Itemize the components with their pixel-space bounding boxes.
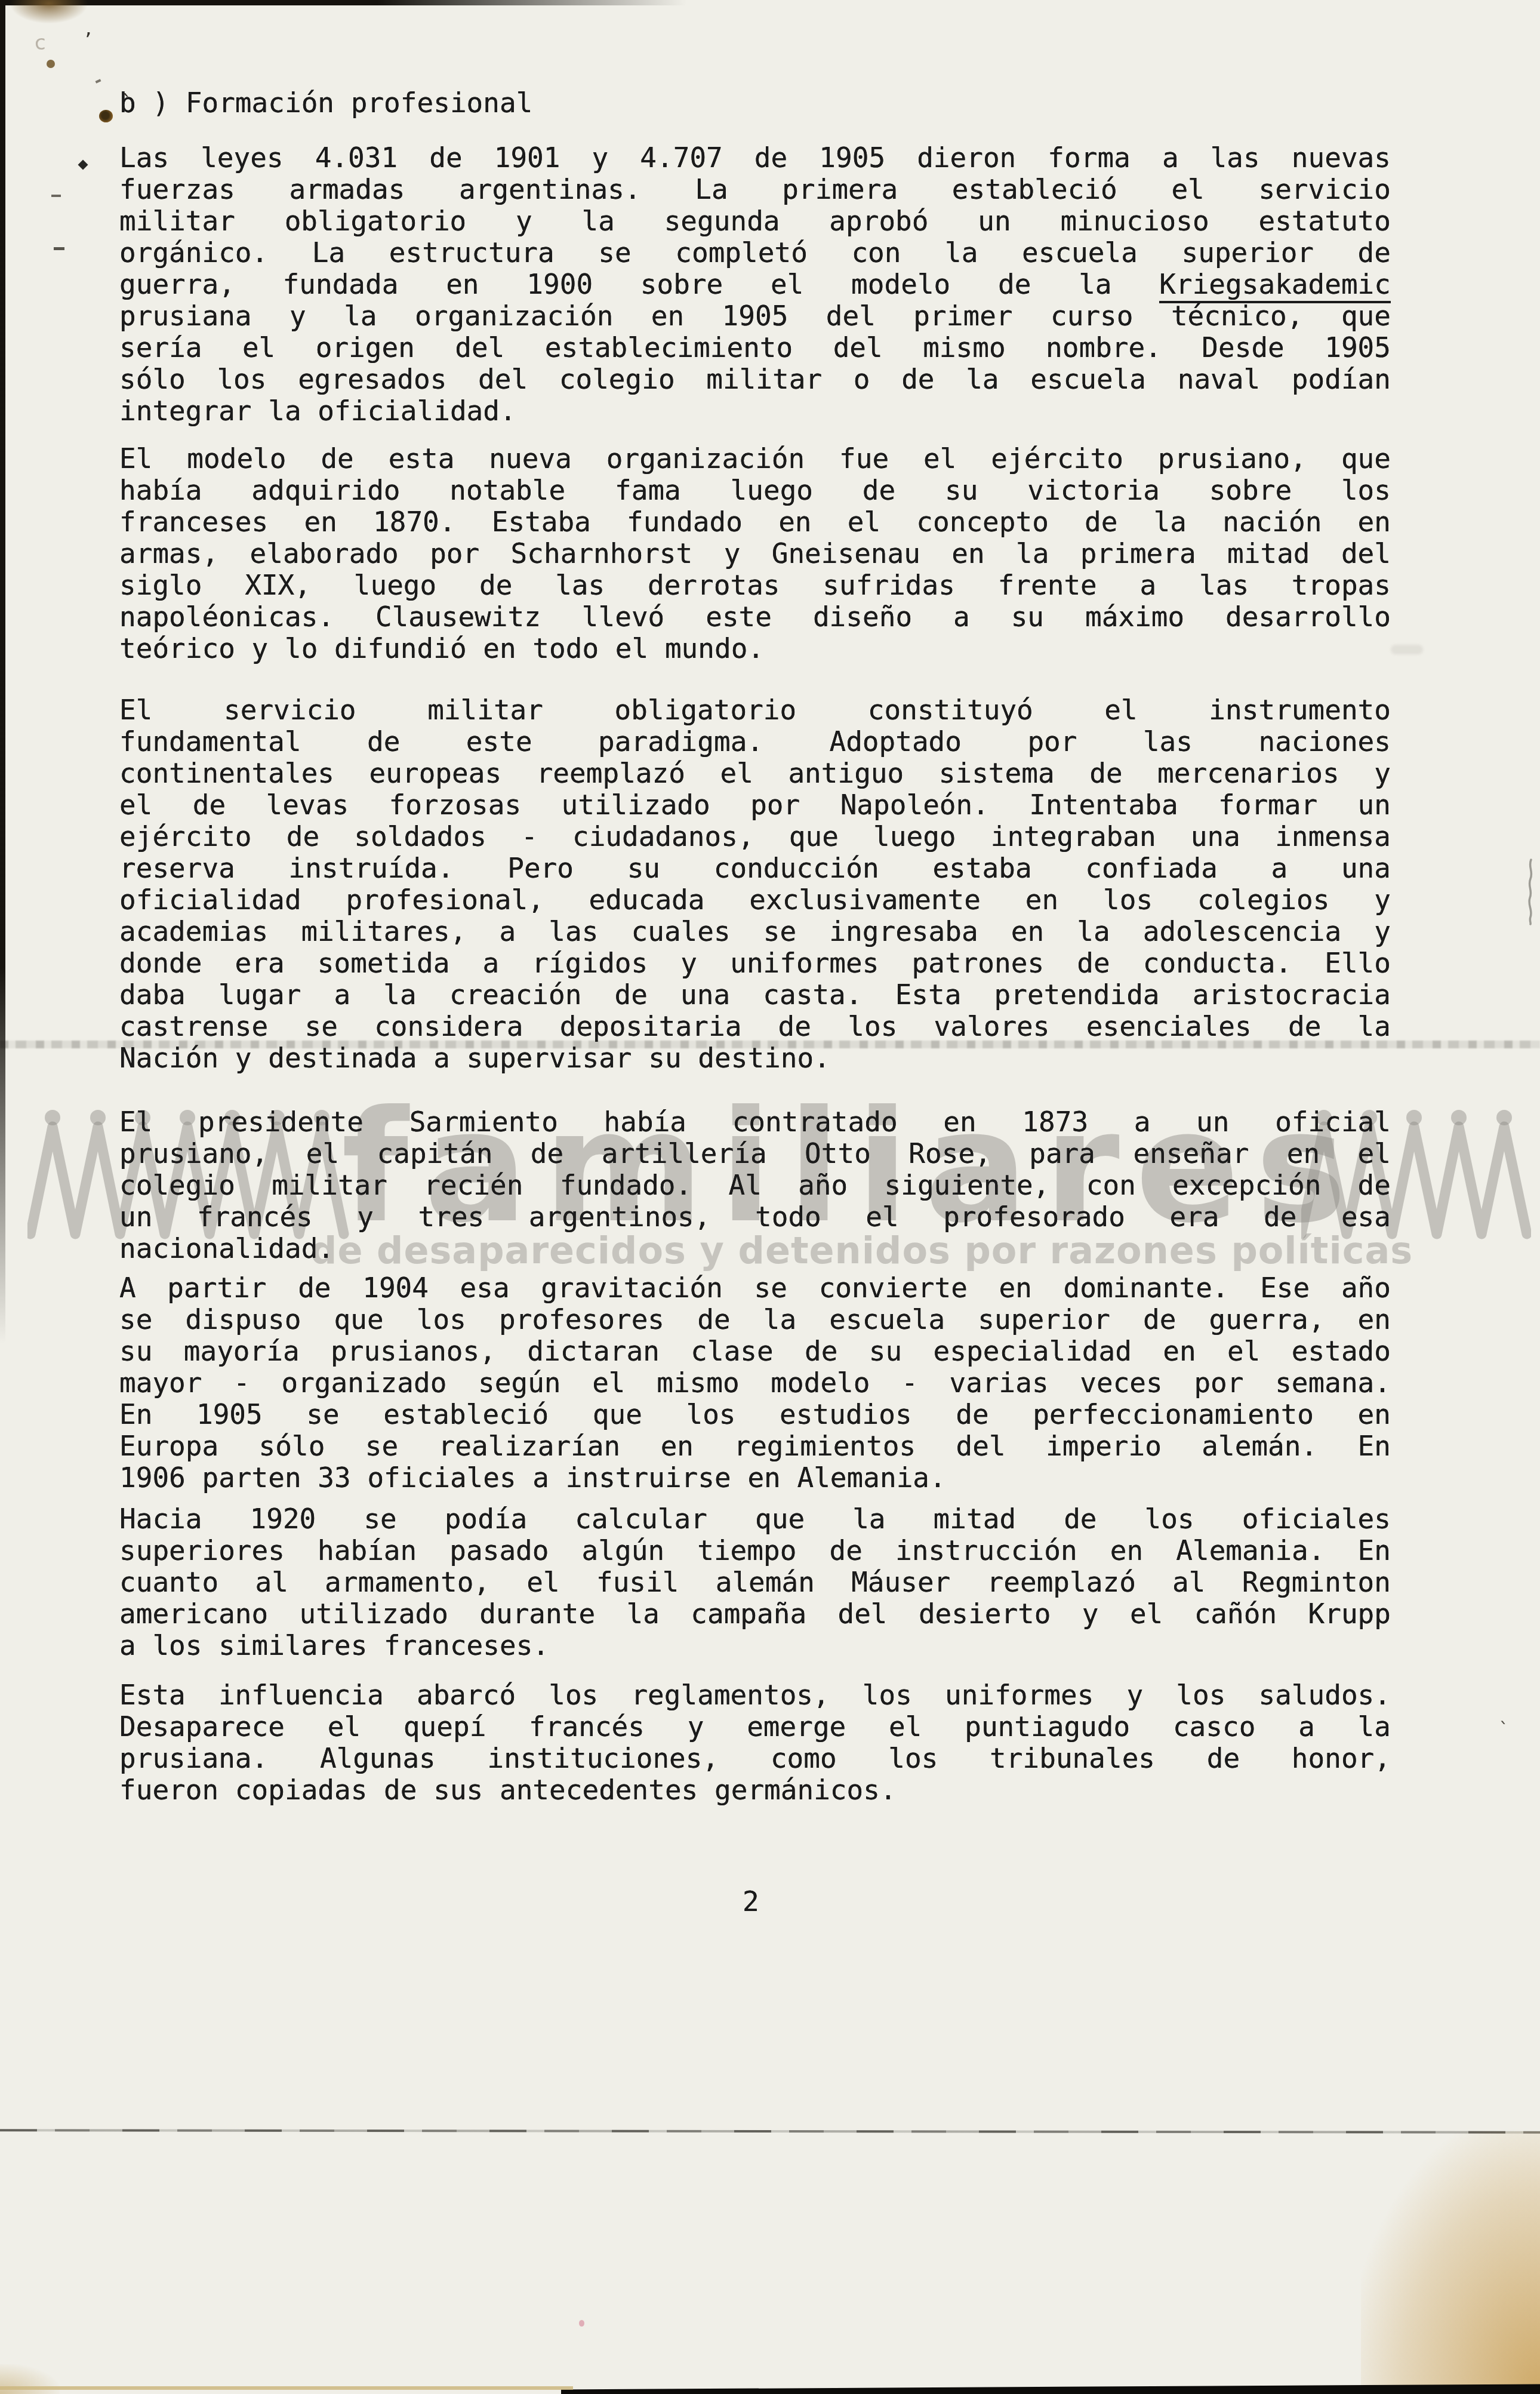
ink-speck: ` xyxy=(122,91,132,115)
text-line: prusiana y la organización en 1905 del p… xyxy=(119,300,1391,332)
text-segment: guerra, fundada en 1900 sobre el modelo … xyxy=(119,268,1159,300)
paragraph: El servicio militar obligatorio constitu… xyxy=(119,694,1391,1074)
text-line: castrense se considera depositaria de lo… xyxy=(119,1011,1391,1042)
page-number: 2 xyxy=(743,1888,759,1915)
section-heading: b ) Formación profesional xyxy=(119,87,532,119)
text-line: daba lugar a la creación de una casta. E… xyxy=(119,979,1391,1011)
text-line: teórico y lo difundió en todo el mundo. xyxy=(119,633,1391,664)
scan-edge-top xyxy=(0,0,686,5)
text-line: sólo los egresados del colegio militar o… xyxy=(119,364,1391,395)
text-line: fueron copiadas de sus antecedentes germ… xyxy=(119,1774,1391,1806)
text-line: armas, elaborado por Scharnhorst y Gneis… xyxy=(119,538,1391,570)
ink-speck xyxy=(54,247,64,250)
text-line: integrar la oficialidad. xyxy=(119,395,1391,427)
text-line: orgánico. La estructura se completó con … xyxy=(119,237,1391,269)
text-line: academias militares, a las cuales se ing… xyxy=(119,916,1391,947)
text-line: siglo XIX, luego de las derrotas sufrida… xyxy=(119,570,1391,601)
ink-speck xyxy=(51,195,61,197)
text-line: napoléonicas. Clausewitz llevó este dise… xyxy=(119,601,1391,633)
text-line: El servicio militar obligatorio constitu… xyxy=(119,694,1391,726)
text-line: donde era sometida a rígidos y uniformes… xyxy=(119,947,1391,979)
ink-speck xyxy=(579,2320,584,2327)
paragraph: Las leyes 4.031 de 1901 y 4.707 de 1905 … xyxy=(119,142,1391,427)
text-line: A partir de 1904 esa gravitación se conv… xyxy=(119,1272,1391,1304)
text-line: prusiano, el capitán de artillería Otto … xyxy=(119,1138,1391,1170)
underlined-term: Kriegsakademic xyxy=(1159,268,1391,303)
text-line: continentales europeas reemplazó el anti… xyxy=(119,758,1391,789)
text-line: fundamental de este paradigma. Adoptado … xyxy=(119,726,1391,758)
text-line: un francés y tres argentinos, todo el pr… xyxy=(119,1201,1391,1233)
text-line: nacionalidad. xyxy=(119,1233,1391,1264)
text-line: 1906 parten 33 oficiales a instruirse en… xyxy=(119,1462,1391,1494)
typed-text-layer: b ) Formación profesional Las leyes 4.03… xyxy=(0,0,1540,2394)
text-line: Hacia 1920 se podía calcular que la mita… xyxy=(119,1503,1391,1535)
bottom-tan-line xyxy=(0,2386,573,2390)
text-line: Esta influencia abarcó los reglamentos, … xyxy=(119,1679,1391,1711)
text-line: El modelo de esta nueva organización fue… xyxy=(119,443,1391,475)
text-line: había adquirido notable fama luego de su… xyxy=(119,475,1391,506)
text-line: guerra, fundada en 1900 sobre el modelo … xyxy=(119,269,1391,300)
text-line: su mayoría prusianos, dictaran clase de … xyxy=(119,1336,1391,1367)
text-line: El presidente Sarmiento había contratado… xyxy=(119,1106,1391,1138)
stain-top-left xyxy=(10,0,88,24)
text-line: reserva instruída. Pero su conducción es… xyxy=(119,853,1391,884)
text-line: americano utilizado durante la campaña d… xyxy=(119,1598,1391,1630)
ink-speck xyxy=(1391,645,1423,654)
text-line: el de levas forzosas utilizado por Napol… xyxy=(119,789,1391,821)
ink-speck: c xyxy=(35,31,46,55)
text-line: sería el origen del establecimiento del … xyxy=(119,332,1391,364)
paragraph: El modelo de esta nueva organización fue… xyxy=(119,443,1391,664)
scan-edge-left xyxy=(0,0,5,1343)
text-line: oficialidad profesional, educada exclusi… xyxy=(119,884,1391,916)
text-line: ejército de soldados - ciudadanos, que l… xyxy=(119,821,1391,853)
text-line: superiores habían pasado algún tiempo de… xyxy=(119,1535,1391,1567)
paragraph: Hacia 1920 se podía calcular que la mita… xyxy=(119,1503,1391,1661)
text-line: se dispuso que los profesores de la escu… xyxy=(119,1304,1391,1336)
scanned-document-page: familiares de desaparecidos y detenidos … xyxy=(0,0,1540,2394)
text-line: Europa sólo se realizarían en regimiento… xyxy=(119,1430,1391,1462)
text-line: Desaparece el quepí francés y emerge el … xyxy=(119,1711,1391,1743)
pencil-squiggle-right xyxy=(1526,858,1535,925)
text-line: fuerzas armadas argentinas. La primera e… xyxy=(119,174,1391,205)
text-line: franceses en 1870. Estaba fundado en el … xyxy=(119,506,1391,538)
ink-speck: ’ xyxy=(85,29,91,53)
paragraph: Esta influencia abarcó los reglamentos, … xyxy=(119,1679,1391,1806)
text-line: cuanto al armamento, el fusil alemán Máu… xyxy=(119,1567,1391,1598)
paragraph: El presidente Sarmiento había contratado… xyxy=(119,1106,1391,1264)
text-line: prusiana. Algunas instituciones, como lo… xyxy=(119,1743,1391,1774)
text-line: mayor - organizado según el mismo modelo… xyxy=(119,1367,1391,1399)
text-line: Nación y destinada a supervisar su desti… xyxy=(119,1042,1391,1074)
text-line: militar obligatorio y la segunda aprobó … xyxy=(119,205,1391,237)
paragraph: A partir de 1904 esa gravitación se conv… xyxy=(119,1272,1391,1494)
text-line: colegio militar recién fundado. Al año s… xyxy=(119,1170,1391,1201)
text-line: En 1905 se estableció que los estudios d… xyxy=(119,1399,1391,1430)
text-line: Las leyes 4.031 de 1901 y 4.707 de 1905 … xyxy=(119,142,1391,174)
ink-speck xyxy=(99,110,113,122)
ink-speck: ` xyxy=(1499,1719,1508,1740)
text-line: a los similares franceses. xyxy=(119,1630,1391,1661)
ink-speck xyxy=(47,60,55,68)
